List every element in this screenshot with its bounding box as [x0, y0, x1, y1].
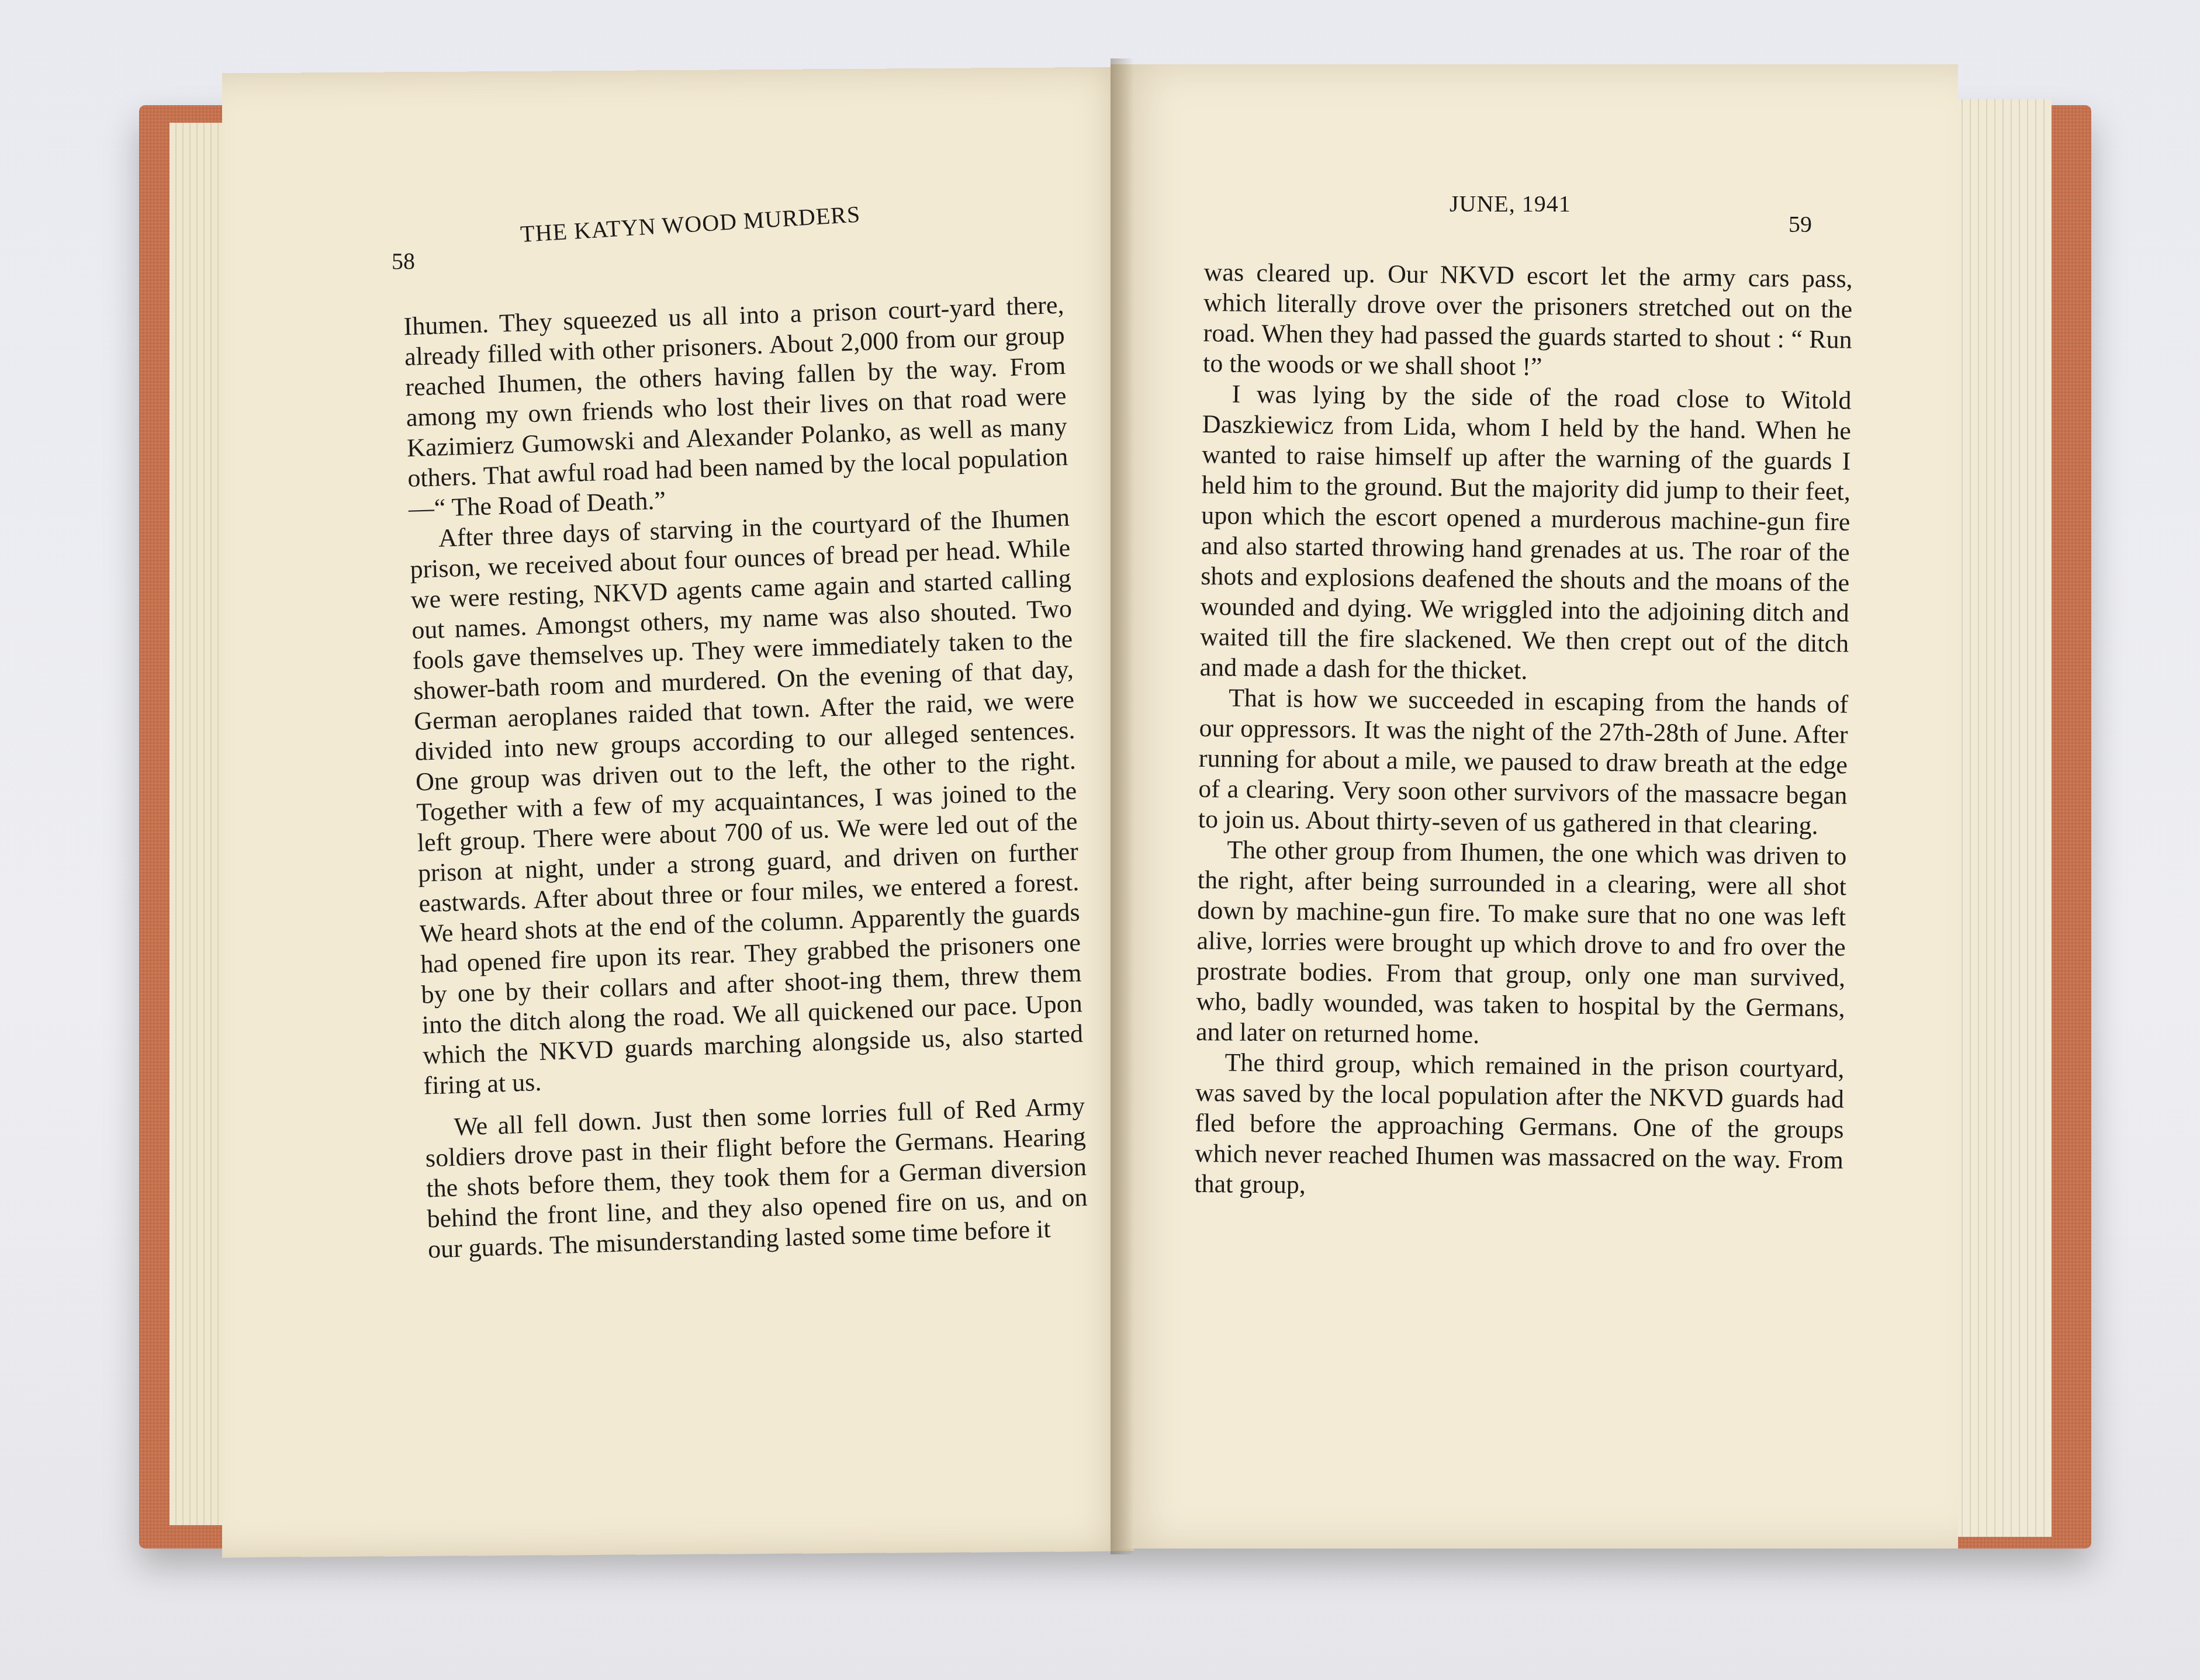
paragraph: The other group from Ihumen, the one whi…: [1196, 834, 1847, 1054]
running-head: THE KATYN WOOD MURDERS: [520, 200, 861, 248]
running-head: JUNE, 1941: [1450, 190, 1571, 217]
paragraph: The third group, which remained in the p…: [1194, 1047, 1845, 1206]
page-number: 59: [1789, 210, 1812, 238]
left-page-text: Ihumen. They squeezed us all into a pris…: [403, 290, 1088, 1265]
paragraph: That is how we succeeded in escaping fro…: [1198, 683, 1849, 841]
paragraph: was cleared up. Our NKVD escort let the …: [1203, 257, 1853, 386]
paragraph: After three days of starving in the cour…: [409, 503, 1084, 1101]
page-edges-right: [1946, 99, 2052, 1537]
book-gutter: [1111, 58, 1134, 1554]
page-number: 58: [392, 247, 415, 275]
paragraph: Ihumen. They squeezed us all into a pris…: [403, 290, 1069, 524]
right-page: JUNE, 1941 59 was cleared up. Our NKVD e…: [1111, 64, 1958, 1549]
right-page-text: was cleared up. Our NKVD escort let the …: [1194, 257, 1853, 1206]
left-page: 58 THE KATYN WOOD MURDERS Ihumen. They s…: [222, 67, 1134, 1558]
paragraph: We all fell down. Just then some lorries…: [424, 1091, 1088, 1265]
paragraph: I was lying by the side of the road clos…: [1199, 379, 1851, 690]
